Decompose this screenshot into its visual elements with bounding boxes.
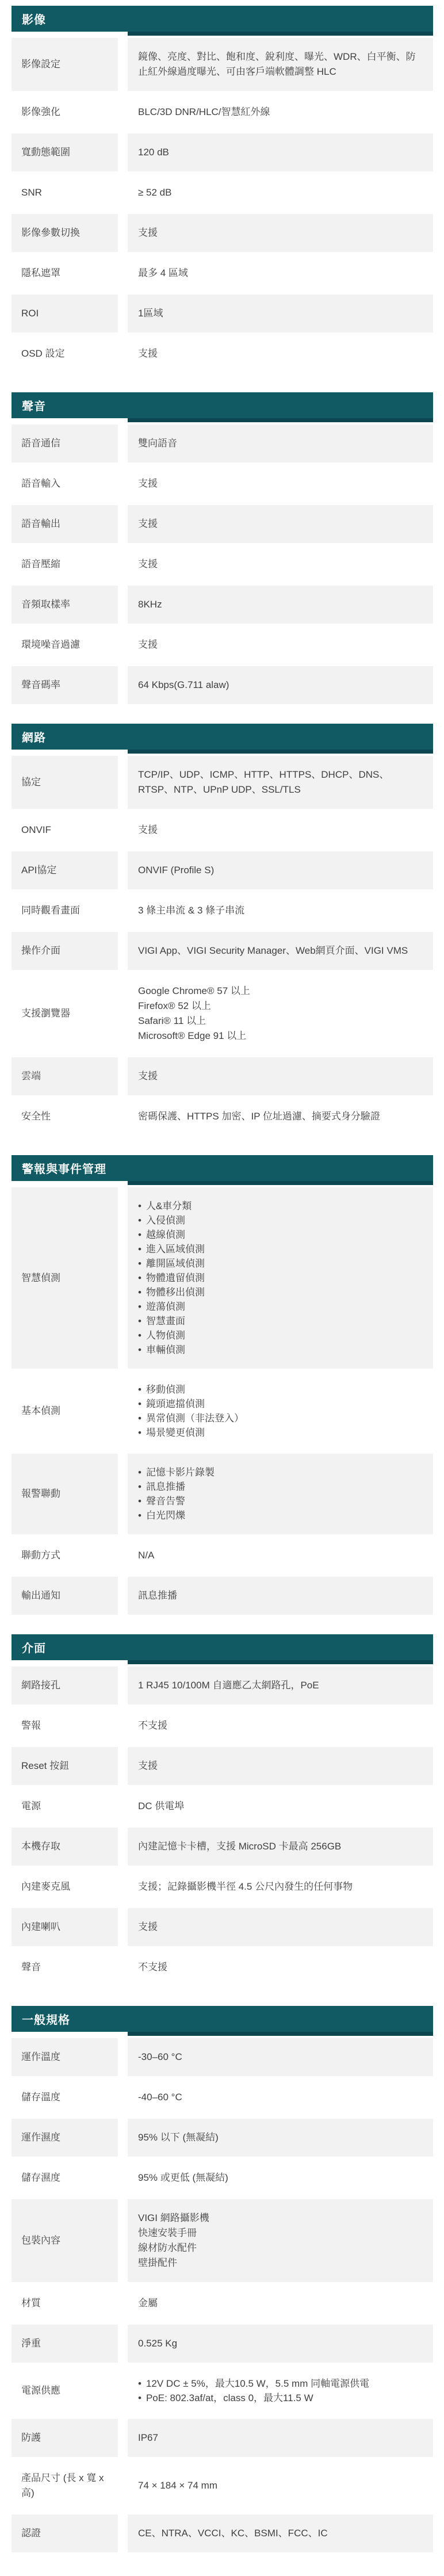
spec-label: 聯動方式 bbox=[12, 1537, 118, 1574]
bullet-item: 越線偵測 bbox=[138, 1228, 205, 1242]
underline-label-gap bbox=[12, 1181, 118, 1185]
spec-value: Google Chrome® 57 以上Firefox® 52 以上Safari… bbox=[128, 972, 433, 1055]
spec-row: 語音輸入支援 bbox=[12, 465, 433, 503]
underline-bar bbox=[128, 2032, 433, 2036]
spec-value: TCP/IP、UDP、ICMP、HTTP、HTTPS、DHCP、DNS、RTSP… bbox=[128, 756, 433, 809]
spec-label: 協定 bbox=[12, 756, 118, 809]
spec-row: 影像參數切換支援 bbox=[12, 214, 433, 252]
bullet-item: 離開區域偵測 bbox=[138, 1256, 205, 1271]
spec-row: 基本偵測移動偵測鏡頭遮擋偵測異常偵測（非法登入）場景變更偵測 bbox=[12, 1371, 433, 1451]
spec-label: ROI bbox=[12, 295, 118, 332]
spec-value: 8KHz bbox=[128, 586, 433, 624]
value-line: Firefox® 52 以上 bbox=[138, 999, 250, 1014]
value-text: 支援 bbox=[138, 517, 158, 532]
spec-label: 雲端 bbox=[12, 1057, 118, 1095]
bullet-item: 鏡頭遮擋偵測 bbox=[138, 1397, 244, 1411]
bullet-item: 智慧畫面 bbox=[138, 1314, 205, 1328]
spec-value: 74 × 184 × 74 mm bbox=[128, 2459, 433, 2512]
value-text: 最多 4 區域 bbox=[138, 266, 188, 281]
value-text: 訊息推播 bbox=[138, 1588, 177, 1603]
spec-table: 影像影像設定鏡像、亮度、對比、飽和度、銳利度、曝光、WDR、白平衡、防止紅外線過… bbox=[0, 0, 444, 2567]
section-header-underline bbox=[12, 2032, 433, 2036]
underline-label-gap bbox=[12, 1660, 118, 1664]
bullet-item: 異常偵測（非法登入） bbox=[138, 1411, 244, 1425]
value-text: 0.525 Kg bbox=[138, 2336, 177, 2351]
spec-label: 寬動態範圍 bbox=[12, 133, 118, 171]
spec-value: 最多 4 區域 bbox=[128, 254, 433, 292]
value-text: 雙向語音 bbox=[138, 436, 177, 451]
spec-label: 語音通信 bbox=[12, 425, 118, 463]
spec-row: 儲存濕度95% 或更低 (無凝結) bbox=[12, 2159, 433, 2197]
spec-row: 協定TCP/IP、UDP、ICMP、HTTP、HTTPS、DHCP、DNS、RT… bbox=[12, 756, 433, 809]
spec-value: VIGI 網路攝影機快速安裝手冊線材防水配件壁掛配件 bbox=[128, 2199, 433, 2282]
spec-label: 運作濕度 bbox=[12, 2119, 118, 2157]
spec-label: 淨重 bbox=[12, 2325, 118, 2363]
spec-value: -30–60 °C bbox=[128, 2038, 433, 2076]
spec-section: 一般規格運作溫度-30–60 °C儲存溫度-40–60 °C運作濕度95% 以下… bbox=[12, 2006, 433, 2552]
spec-label: 隱私遮罩 bbox=[12, 254, 118, 292]
value-text: 支援 bbox=[138, 1920, 158, 1935]
spec-value: BLC/3D DNR/HLC/智慧紅外線 bbox=[128, 93, 433, 131]
spec-value: 3 條主串流 & 3 條子串流 bbox=[128, 892, 433, 930]
spec-label: 儲存溫度 bbox=[12, 2078, 118, 2116]
section-header: 介面 bbox=[12, 1634, 433, 1660]
spec-value: 密碼保護、HTTPS 加密、IP 位址過濾、摘要式身分驗證 bbox=[128, 1098, 433, 1136]
spec-value: N/A bbox=[128, 1537, 433, 1574]
bullet-item: 進入區域偵測 bbox=[138, 1242, 205, 1256]
bullet-item: 人&車分類 bbox=[138, 1199, 205, 1213]
spec-label: 本機存取 bbox=[12, 1828, 118, 1866]
spec-row: 儲存溫度-40–60 °C bbox=[12, 2078, 433, 2116]
spec-row: 影像強化BLC/3D DNR/HLC/智慧紅外線 bbox=[12, 93, 433, 131]
value-text: 支援 bbox=[138, 823, 158, 838]
spec-value: 1區域 bbox=[128, 295, 433, 332]
section-header: 一般規格 bbox=[12, 2006, 433, 2032]
value-text: 不支援 bbox=[138, 1960, 167, 1975]
section-header-underline bbox=[12, 32, 433, 36]
spec-row: 智慧偵測人&車分類入侵偵測越線偵測進入區域偵測離開區域偵測物體遺留偵測物體移出偵… bbox=[12, 1187, 433, 1369]
spec-row: 支援瀏覽器Google Chrome® 57 以上Firefox® 52 以上S… bbox=[12, 972, 433, 1055]
spec-label: 支援瀏覽器 bbox=[12, 972, 118, 1055]
spec-label: 聲音 bbox=[12, 1948, 118, 1986]
spec-label: 智慧偵測 bbox=[12, 1187, 118, 1369]
spec-value: 支援 bbox=[128, 1908, 433, 1946]
value-text: 8KHz bbox=[138, 597, 162, 612]
underline-bar bbox=[128, 1181, 433, 1185]
spec-row: 警報不支援 bbox=[12, 1707, 433, 1745]
spec-label: 警報 bbox=[12, 1707, 118, 1745]
section-title: 影像 bbox=[22, 10, 46, 27]
spec-label: OSD 設定 bbox=[12, 335, 118, 373]
spec-row: 運作濕度95% 以下 (無凝結) bbox=[12, 2119, 433, 2157]
spec-row: ONVIF支援 bbox=[12, 811, 433, 849]
spec-row: 影像設定鏡像、亮度、對比、飽和度、銳利度、曝光、WDR、白平衡、防止紅外線過度曝… bbox=[12, 38, 433, 91]
spec-row: 聯動方式N/A bbox=[12, 1537, 433, 1574]
section-header: 網路 bbox=[12, 724, 433, 750]
section-rows: 運作溫度-30–60 °C儲存溫度-40–60 °C運作濕度95% 以下 (無凝… bbox=[12, 2038, 433, 2552]
spec-label: 網路接孔 bbox=[12, 1667, 118, 1704]
value-text: 支援 bbox=[138, 1069, 158, 1084]
spec-row: 語音輸出支援 bbox=[12, 505, 433, 543]
spec-label: 同時觀看畫面 bbox=[12, 892, 118, 930]
spec-label: 內建喇叭 bbox=[12, 1908, 118, 1946]
value-text: IP67 bbox=[138, 2430, 158, 2445]
spec-label: 電源供應 bbox=[12, 2365, 118, 2417]
spec-value: 0.525 Kg bbox=[128, 2325, 433, 2363]
spec-section: 介面網路接孔1 RJ45 10/100M 自適應乙太網路孔，PoE警報不支援Re… bbox=[12, 1634, 433, 1986]
spec-value: 人&車分類入侵偵測越線偵測進入區域偵測離開區域偵測物體遺留偵測物體移出偵測遊蕩偵… bbox=[128, 1187, 433, 1369]
spec-label: 環境噪音過濾 bbox=[12, 626, 118, 664]
bullet-item: 12V DC ± 5%，最大10.5 W，5.5 mm 同軸電源供電 bbox=[138, 2376, 369, 2391]
spec-value: 雙向語音 bbox=[128, 425, 433, 463]
spec-value: 支援 bbox=[128, 1747, 433, 1785]
spec-value: ONVIF (Profile S) bbox=[128, 851, 433, 889]
spec-label: 影像強化 bbox=[12, 93, 118, 131]
value-text: 64 Kbps(G.711 alaw) bbox=[138, 678, 229, 693]
spec-row: 寬動態範圍120 dB bbox=[12, 133, 433, 171]
spec-value: DC 供電埠 bbox=[128, 1787, 433, 1825]
value-text: 支援 bbox=[138, 637, 158, 652]
value-text: 支援 bbox=[138, 476, 158, 491]
spec-row: 雲端支援 bbox=[12, 1057, 433, 1095]
spec-row: 隱私遮罩最多 4 區域 bbox=[12, 254, 433, 292]
spec-row: 認證CE、NTRA、VCCI、KC、BSMI、FCC、IC bbox=[12, 2514, 433, 2552]
value-text: -40–60 °C bbox=[138, 2090, 182, 2105]
bullet-item: 入侵偵測 bbox=[138, 1213, 205, 1228]
spec-value: 移動偵測鏡頭遮擋偵測異常偵測（非法登入）場景變更偵測 bbox=[128, 1371, 433, 1451]
spec-label: 內建麥克風 bbox=[12, 1868, 118, 1906]
spec-value: 支援；記錄攝影機半徑 4.5 公尺內發生的任何事物 bbox=[128, 1868, 433, 1906]
value-line: Google Chrome® 57 以上 bbox=[138, 984, 250, 999]
spec-section: 聲音語音通信雙向語音語音輸入支援語音輸出支援語音壓縮支援音頻取樣率8KHz環境噪… bbox=[12, 392, 433, 704]
spec-label: 基本偵測 bbox=[12, 1371, 118, 1451]
bullet-item: 物體遺留偵測 bbox=[138, 1271, 205, 1285]
value-text: 鏡像、亮度、對比、飽和度、銳利度、曝光、WDR、白平衡、防止紅外線過度曝光、可由… bbox=[138, 49, 420, 79]
spec-label: 儲存濕度 bbox=[12, 2159, 118, 2197]
value-text: 1區域 bbox=[138, 306, 163, 321]
bullet-item: 場景變更偵測 bbox=[138, 1425, 244, 1440]
value-text: BLC/3D DNR/HLC/智慧紅外線 bbox=[138, 105, 270, 120]
spec-label: 產品尺寸 (長 x 寬 x 高) bbox=[12, 2459, 118, 2512]
spec-value: 鏡像、亮度、對比、飽和度、銳利度、曝光、WDR、白平衡、防止紅外線過度曝光、可由… bbox=[128, 38, 433, 91]
value-text: CE、NTRA、VCCI、KC、BSMI、FCC、IC bbox=[138, 2526, 328, 2541]
spec-label: ONVIF bbox=[12, 811, 118, 849]
spec-row: 電源供應12V DC ± 5%，最大10.5 W，5.5 mm 同軸電源供電Po… bbox=[12, 2365, 433, 2417]
spec-value: CE、NTRA、VCCI、KC、BSMI、FCC、IC bbox=[128, 2514, 433, 2552]
spec-label: 操作介面 bbox=[12, 932, 118, 970]
value-text: 內建記憶卡卡槽，支援 MicroSD 卡最高 256GB bbox=[138, 1839, 341, 1854]
bullet-item: 車輛偵測 bbox=[138, 1343, 205, 1357]
spec-value: IP67 bbox=[128, 2419, 433, 2457]
spec-row: 聲音不支援 bbox=[12, 1948, 433, 1986]
spec-value: 金屬 bbox=[128, 2284, 433, 2322]
spec-value: 支援 bbox=[128, 811, 433, 849]
underline-bar bbox=[128, 418, 433, 422]
section-rows: 協定TCP/IP、UDP、ICMP、HTTP、HTTPS、DHCP、DNS、RT… bbox=[12, 756, 433, 1136]
spec-label: 防護 bbox=[12, 2419, 118, 2457]
bullet-item: 記憶卡影片錄製 bbox=[138, 1465, 215, 1480]
spec-row: 材質金屬 bbox=[12, 2284, 433, 2322]
spec-value: 訊息推播 bbox=[128, 1577, 433, 1615]
value-line: 線材防水配件 bbox=[138, 2241, 209, 2256]
spec-row: 運作溫度-30–60 °C bbox=[12, 2038, 433, 2076]
section-header-underline bbox=[12, 1181, 433, 1185]
spec-value: ≥ 52 dB bbox=[128, 174, 433, 212]
spec-row: 語音壓縮支援 bbox=[12, 545, 433, 583]
spec-value: -40–60 °C bbox=[128, 2078, 433, 2116]
spec-value: 95% 以下 (無凝結) bbox=[128, 2119, 433, 2157]
value-text: 74 × 184 × 74 mm bbox=[138, 2478, 217, 2493]
spec-label: 影像設定 bbox=[12, 38, 118, 91]
spec-label: SNR bbox=[12, 174, 118, 212]
section-title: 網路 bbox=[22, 728, 46, 745]
bullet-item: 移動偵測 bbox=[138, 1382, 244, 1397]
underline-label-gap bbox=[12, 418, 118, 422]
underline-label-gap bbox=[12, 2032, 118, 2036]
value-text: 不支援 bbox=[138, 1718, 167, 1733]
spec-label: 語音壓縮 bbox=[12, 545, 118, 583]
spec-row: SNR≥ 52 dB bbox=[12, 174, 433, 212]
section-header-underline bbox=[12, 1660, 433, 1664]
spec-value: 不支援 bbox=[128, 1707, 433, 1745]
spec-label: 運作溫度 bbox=[12, 2038, 118, 2076]
spec-row: 輸出通知訊息推播 bbox=[12, 1577, 433, 1615]
section-rows: 智慧偵測人&車分類入侵偵測越線偵測進入區域偵測離開區域偵測物體遺留偵測物體移出偵… bbox=[12, 1187, 433, 1615]
spec-section: 網路協定TCP/IP、UDP、ICMP、HTTP、HTTPS、DHCP、DNS、… bbox=[12, 724, 433, 1136]
value-text: -30–60 °C bbox=[138, 2050, 182, 2065]
value-line: Microsoft® Edge 91 以上 bbox=[138, 1029, 250, 1044]
spec-value: 1 RJ45 10/100M 自適應乙太網路孔，PoE bbox=[128, 1667, 433, 1704]
spec-row: 包裝內容VIGI 網路攝影機快速安裝手冊線材防水配件壁掛配件 bbox=[12, 2199, 433, 2282]
underline-bar bbox=[128, 1660, 433, 1664]
value-text: DC 供電埠 bbox=[138, 1799, 184, 1814]
underline-label-gap bbox=[12, 32, 118, 36]
spec-row: 同時觀看畫面3 條主串流 & 3 條子串流 bbox=[12, 892, 433, 930]
spec-value: 12V DC ± 5%，最大10.5 W，5.5 mm 同軸電源供電PoE: 8… bbox=[128, 2365, 433, 2417]
spec-row: API協定ONVIF (Profile S) bbox=[12, 851, 433, 889]
spec-value: 支援 bbox=[128, 545, 433, 583]
value-text: 120 dB bbox=[138, 145, 169, 160]
value-text: N/A bbox=[138, 1548, 154, 1563]
spec-value: 64 Kbps(G.711 alaw) bbox=[128, 666, 433, 704]
spec-section: 影像影像設定鏡像、亮度、對比、飽和度、銳利度、曝光、WDR、白平衡、防止紅外線過… bbox=[12, 6, 433, 373]
spec-label: 認證 bbox=[12, 2514, 118, 2552]
section-header: 影像 bbox=[12, 6, 433, 32]
value-bullet-list: 12V DC ± 5%，最大10.5 W，5.5 mm 同軸電源供電PoE: 8… bbox=[138, 2376, 369, 2405]
underline-bar bbox=[128, 750, 433, 754]
spec-value: 120 dB bbox=[128, 133, 433, 171]
value-bullet-list: 移動偵測鏡頭遮擋偵測異常偵測（非法登入）場景變更偵測 bbox=[138, 1382, 244, 1440]
spec-row: 報警聯動記憶卡影片錄製訊息推播聲音告警白光閃爍 bbox=[12, 1454, 433, 1534]
bullet-item: 遊蕩偵測 bbox=[138, 1300, 205, 1314]
section-rows: 影像設定鏡像、亮度、對比、飽和度、銳利度、曝光、WDR、白平衡、防止紅外線過度曝… bbox=[12, 38, 433, 373]
spec-label: 語音輸入 bbox=[12, 465, 118, 503]
section-title: 介面 bbox=[22, 1639, 46, 1656]
spec-value: 不支援 bbox=[128, 1948, 433, 1986]
spec-label: 報警聯動 bbox=[12, 1454, 118, 1534]
section-rows: 語音通信雙向語音語音輸入支援語音輸出支援語音壓縮支援音頻取樣率8KHz環境噪音過… bbox=[12, 425, 433, 704]
value-text: 支援 bbox=[138, 226, 158, 240]
spec-value: 95% 或更低 (無凝結) bbox=[128, 2159, 433, 2197]
spec-row: 操作介面VIGI App、VIGI Security Manager、Web網頁… bbox=[12, 932, 433, 970]
spec-label: Reset 按鈕 bbox=[12, 1747, 118, 1785]
spec-row: 內建喇叭支援 bbox=[12, 1908, 433, 1946]
spec-label: 音頻取樣率 bbox=[12, 586, 118, 624]
section-title: 聲音 bbox=[22, 397, 46, 414]
section-header: 警報與事件管理 bbox=[12, 1155, 433, 1181]
section-title: 警報與事件管理 bbox=[22, 1160, 106, 1176]
spec-value: 支援 bbox=[128, 1057, 433, 1095]
spec-value: 記憶卡影片錄製訊息推播聲音告警白光閃爍 bbox=[128, 1454, 433, 1534]
spec-section: 警報與事件管理智慧偵測人&車分類入侵偵測越線偵測進入區域偵測離開區域偵測物體遺留… bbox=[12, 1155, 433, 1615]
spec-row: 網路接孔1 RJ45 10/100M 自適應乙太網路孔，PoE bbox=[12, 1667, 433, 1704]
spec-row: Reset 按鈕支援 bbox=[12, 1747, 433, 1785]
value-line: Safari® 11 以上 bbox=[138, 1014, 250, 1029]
spec-row: 聲音碼率64 Kbps(G.711 alaw) bbox=[12, 666, 433, 704]
value-text: 支援；記錄攝影機半徑 4.5 公尺內發生的任何事物 bbox=[138, 1879, 353, 1894]
spec-label: 電源 bbox=[12, 1787, 118, 1825]
spec-value: 內建記憶卡卡槽，支援 MicroSD 卡最高 256GB bbox=[128, 1828, 433, 1866]
spec-label: 語音輸出 bbox=[12, 505, 118, 543]
spec-row: 環境噪音過濾支援 bbox=[12, 626, 433, 664]
spec-row: 產品尺寸 (長 x 寬 x 高)74 × 184 × 74 mm bbox=[12, 2459, 433, 2512]
value-text: 支援 bbox=[138, 1759, 158, 1774]
spec-value: 支援 bbox=[128, 465, 433, 503]
spec-row: 語音通信雙向語音 bbox=[12, 425, 433, 463]
value-text: 95% 或更低 (無凝結) bbox=[138, 2170, 228, 2185]
bullet-item: 白光閃爍 bbox=[138, 1508, 215, 1523]
value-text: TCP/IP、UDP、ICMP、HTTP、HTTPS、DHCP、DNS、RTSP… bbox=[138, 767, 420, 797]
value-text: 密碼保護、HTTPS 加密、IP 位址過濾、摘要式身分驗證 bbox=[138, 1109, 380, 1124]
spec-value: VIGI App、VIGI Security Manager、Web網頁介面、V… bbox=[128, 932, 433, 970]
spec-label: API協定 bbox=[12, 851, 118, 889]
value-line: VIGI 網路攝影機 bbox=[138, 2211, 209, 2226]
section-header-underline bbox=[12, 418, 433, 422]
spec-label: 聲音碼率 bbox=[12, 666, 118, 704]
value-text: VIGI App、VIGI Security Manager、Web網頁介面、V… bbox=[138, 943, 408, 958]
value-text: ≥ 52 dB bbox=[138, 185, 171, 200]
bullet-item: PoE: 802.3af/at，class 0，最大11.5 W bbox=[138, 2391, 369, 2405]
value-text: ONVIF (Profile S) bbox=[138, 863, 214, 878]
spec-label: 安全性 bbox=[12, 1098, 118, 1136]
bullet-item: 物體移出偵測 bbox=[138, 1285, 205, 1300]
value-text: 95% 以下 (無凝結) bbox=[138, 2130, 219, 2145]
spec-row: 電源DC 供電埠 bbox=[12, 1787, 433, 1825]
spec-row: 淨重0.525 Kg bbox=[12, 2325, 433, 2363]
spec-row: 防護IP67 bbox=[12, 2419, 433, 2457]
spec-label: 影像參數切換 bbox=[12, 214, 118, 252]
spec-row: 內建麥克風支援；記錄攝影機半徑 4.5 公尺內發生的任何事物 bbox=[12, 1868, 433, 1906]
bullet-item: 訊息推播 bbox=[138, 1480, 215, 1494]
spec-value: 支援 bbox=[128, 505, 433, 543]
section-rows: 網路接孔1 RJ45 10/100M 自適應乙太網路孔，PoE警報不支援Rese… bbox=[12, 1667, 433, 1986]
spec-label: 材質 bbox=[12, 2284, 118, 2322]
value-line: 快速安裝手冊 bbox=[138, 2226, 209, 2241]
spec-label: 輸出通知 bbox=[12, 1577, 118, 1615]
spec-label: 包裝內容 bbox=[12, 2199, 118, 2282]
section-header-underline bbox=[12, 750, 433, 754]
value-text: 金屬 bbox=[138, 2296, 158, 2311]
value-bullet-list: 記憶卡影片錄製訊息推播聲音告警白光閃爍 bbox=[138, 1465, 215, 1523]
value-bullet-list: 人&車分類入侵偵測越線偵測進入區域偵測離開區域偵測物體遺留偵測物體移出偵測遊蕩偵… bbox=[138, 1199, 205, 1357]
spec-row: OSD 設定支援 bbox=[12, 335, 433, 373]
underline-label-gap bbox=[12, 750, 118, 754]
value-text: 1 RJ45 10/100M 自適應乙太網路孔，PoE bbox=[138, 1678, 319, 1693]
spec-value: 支援 bbox=[128, 214, 433, 252]
spec-value: 支援 bbox=[128, 626, 433, 664]
bullet-item: 聲音告警 bbox=[138, 1494, 215, 1508]
underline-bar bbox=[128, 32, 433, 36]
bullet-item: 人物偵測 bbox=[138, 1328, 205, 1343]
section-header: 聲音 bbox=[12, 392, 433, 418]
spec-value: 支援 bbox=[128, 335, 433, 373]
value-text: 3 條主串流 & 3 條子串流 bbox=[138, 903, 244, 918]
value-line: 壁掛配件 bbox=[138, 2256, 209, 2271]
value-text: 支援 bbox=[138, 346, 158, 361]
spec-row: 安全性密碼保護、HTTPS 加密、IP 位址過濾、摘要式身分驗證 bbox=[12, 1098, 433, 1136]
spec-row: 本機存取內建記憶卡卡槽，支援 MicroSD 卡最高 256GB bbox=[12, 1828, 433, 1866]
value-text: 支援 bbox=[138, 557, 158, 572]
spec-row: 音頻取樣率8KHz bbox=[12, 586, 433, 624]
section-title: 一般規格 bbox=[22, 2011, 70, 2027]
spec-row: ROI1區域 bbox=[12, 295, 433, 332]
